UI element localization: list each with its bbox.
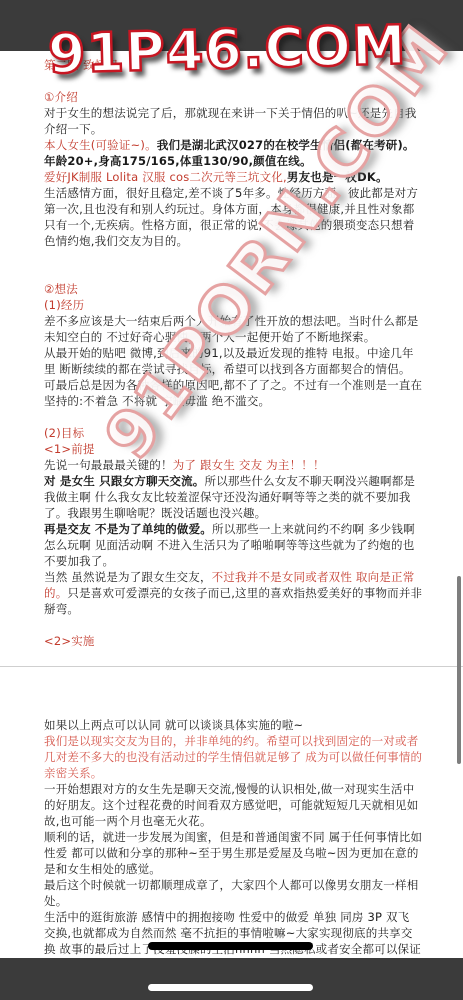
paragraph: 对 是女生 只跟女方聊天交流。所以那些什么女友不聊天啊没兴趣啊都是我做主啊 什么… (44, 473, 424, 521)
home-indicator[interactable] (148, 984, 313, 991)
watermark-site: 91P46.COM (47, 13, 407, 85)
paragraph (44, 617, 424, 633)
text-segment: (1)经历 (44, 298, 84, 312)
text-segment: 本人女生(可验证~)。 (44, 138, 157, 152)
text-segment: 顺利的话，就进一步发展为闺蜜，但是和普通闺蜜不同 属于任何事情比如性爱 都可以做… (44, 830, 422, 876)
paragraph: 顺利的话，就进一步发展为闺蜜，但是和普通闺蜜不同 属于任何事情比如性爱 都可以做… (44, 829, 424, 877)
paragraph: 如果以上两点可以认同 就可以谈谈具体实施的啦~ (44, 717, 424, 733)
text-segment: (2)目标 (44, 426, 84, 440)
text-segment: ②想法 (44, 282, 78, 296)
document-page-2: 如果以上两点可以认同 就可以谈谈具体实施的啦~我们是以现实交友为目的，并非单纯的… (0, 667, 463, 957)
text-segment: <1>前提 (44, 442, 95, 456)
text-segment: 我们是以现实交友为目的，并非单纯的约。希望可以找到固定的一对或者几对差不多大的也… (44, 734, 422, 780)
text-segment: 一开始想跟对方的女生先是聊天交流,慢慢的认识相处,做一对现实生活中的好朋友。这个… (44, 782, 418, 828)
text-segment: <2>实施 (44, 634, 95, 648)
text-segment: ①介绍 (44, 90, 78, 104)
paragraph: 一开始想跟对方的女生先是聊天交流,慢慢的认识相处,做一对现实生活中的好朋友。这个… (44, 781, 424, 829)
text-segment: 生活感情方面，很好且稳定,差不谈了5年多。性经历方面，彼此都是对方第一次,且也没… (44, 186, 418, 248)
paragraph: 可最后总是因为各种各样的原因吧,都不了了之。不过有一个准则是一直在坚持的:不着急… (44, 377, 424, 409)
text-segment: 爱好JK制服 Lolita 汉服 cos二次元等三坑文化, (44, 170, 287, 184)
document-viewer: 第二贴 致情侣:①介绍对于女生的想法说完了后，那就现在来讲一下关于情侣的叭~还是… (0, 51, 463, 958)
scrollbar-thumb[interactable] (457, 576, 461, 764)
screen: 第二贴 致情侣:①介绍对于女生的想法说完了后，那就现在来讲一下关于情侣的叭~还是… (0, 0, 463, 1000)
text-segment: 当然 虽然说是为了跟女生交友， (44, 570, 212, 584)
screenshot-home-indicator (148, 942, 313, 950)
text-segment: 可最后总是因为各种各样的原因吧,都不了了之。不过有一个准则是一直在坚持的:不着急… (44, 378, 422, 408)
text-segment: 只是喜欢可爱漂亮的女孩子而已,这里的喜欢指热爱美好的事物而并非掰弯。 (44, 586, 422, 616)
text-segment: 如果以上两点可以认同 就可以谈谈具体实施的啦~ (44, 718, 303, 732)
text-segment: 为了 跟女生 交友 为主！！！ (173, 458, 325, 472)
paragraph: 最后这个时候就一切都顺理成章了，大家四个人都可以像男女朋友一样相处。 (44, 877, 424, 909)
bottom-bar (0, 958, 463, 1000)
text-segment: 再是交友 不是为了单纯的做爱。 (44, 522, 212, 536)
text-segment: 最后这个时候就一切都顺理成章了，大家四个人都可以像男女朋友一样相处。 (44, 878, 418, 908)
paragraph: 先说一句最最最关键的！为了 跟女生 交友 为主！！！ (44, 457, 424, 473)
paragraph: 再是交友 不是为了单纯的做爱。所以那些一上来就问约不约啊 多少钱啊 怎么玩啊 见… (44, 521, 424, 569)
paragraph: 我们是以现实交友为目的，并非单纯的约。希望可以找到固定的一对或者几对差不多大的也… (44, 733, 424, 781)
paragraph: <2>实施 (44, 633, 424, 649)
paragraph: 当然 虽然说是为了跟女生交友，不过我并不是女同或者双性 取向是正常的。只是喜欢可… (44, 569, 424, 617)
text-segment: 对 是女生 只跟女方聊天交流。 (44, 474, 205, 488)
paragraph: <1>前提 (44, 441, 424, 457)
